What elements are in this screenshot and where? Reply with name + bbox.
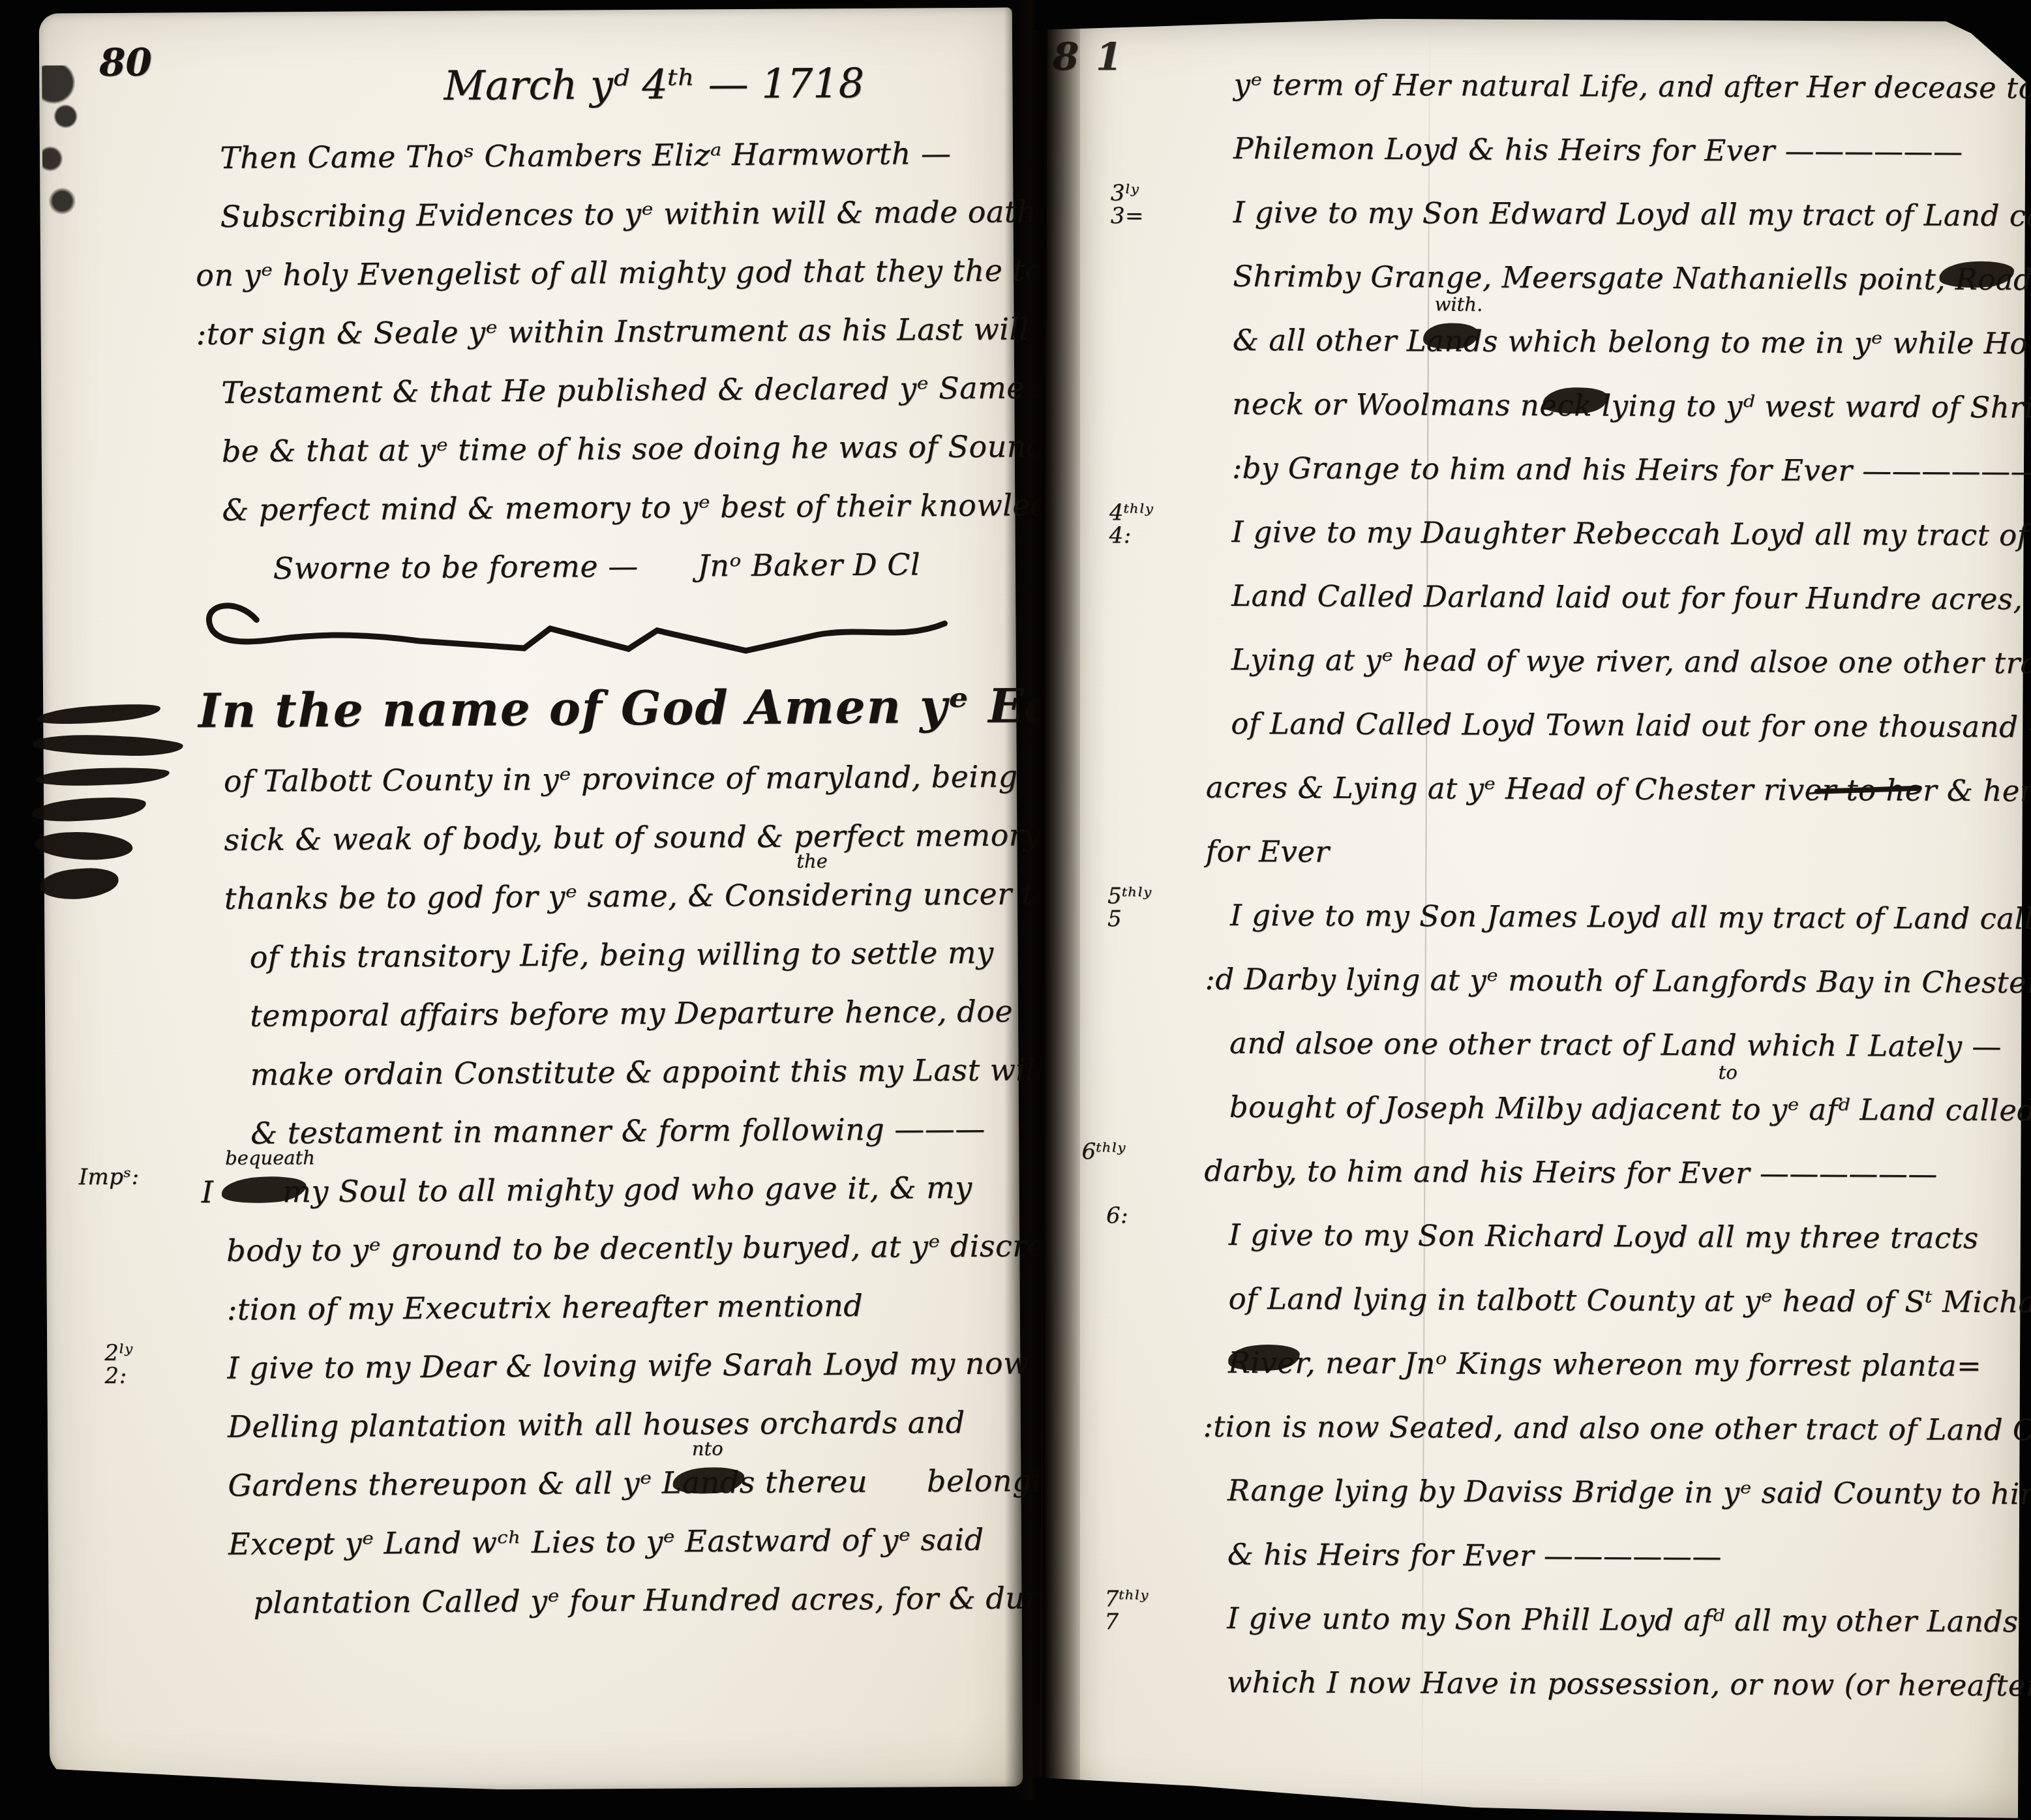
item-number-label: 2ˡʸ 2: bbox=[104, 1341, 215, 1387]
item-number-label bbox=[97, 190, 208, 190]
manuscript-line-text: :tor sign & Seale yᵉ within Instrument a… bbox=[196, 311, 1066, 351]
manuscript-line: 5ᵗʰˡʸ 5 I give to my Son James Loyd all … bbox=[1230, 883, 2006, 950]
manuscript-line-text: :tion is now Seated, and also one other … bbox=[1203, 1409, 2031, 1448]
manuscript-line: & his Heirs for Ever —————— bbox=[1227, 1522, 2004, 1589]
item-number-label: 6ᵗʰˡʸ bbox=[1081, 1141, 1192, 1163]
item-number-label bbox=[1110, 246, 1221, 246]
manuscript-line: make ordain Constitute & appoint this my… bbox=[250, 1041, 999, 1104]
interlinear-insertion: the bbox=[796, 850, 828, 872]
manuscript-line-text: :by Grange to him and his Heirs for Ever… bbox=[1232, 450, 2031, 488]
item-number-label bbox=[101, 813, 212, 814]
manuscript-line: 2ˡʸ 2: I give to my Dear & loving wife S… bbox=[227, 1334, 1001, 1397]
manuscript-line: of this transitory Life, being willing t… bbox=[249, 923, 999, 987]
item-number-label bbox=[104, 1283, 215, 1283]
manuscript-line: & perfect mind & memory to yᵉ best of th… bbox=[222, 476, 996, 539]
manuscript-line: acres & Lying at yᵉ Head of Chester rive… bbox=[1206, 755, 2007, 822]
manuscript-line-text: Land Called Darland laid out for four Hu… bbox=[1231, 578, 2023, 616]
item-number-label bbox=[1109, 565, 1220, 566]
interlinear-insertion: with. bbox=[1434, 293, 1482, 315]
item-number-label bbox=[1106, 1268, 1217, 1269]
manuscript-line: Gardens thereupon & all yᵉ Lands thereu … bbox=[228, 1452, 1002, 1515]
interlinear-insertion: to bbox=[1719, 1061, 1738, 1083]
manuscript-line-text: Then Came Thoˢ Chambers Elizᵃ Harmworth … bbox=[220, 136, 952, 175]
manuscript-line-text: :d Darby lying at yᵉ mouth of Langfords … bbox=[1205, 961, 2031, 1000]
item-number-label bbox=[1083, 949, 1194, 949]
manuscript-line: Subscribing Evidences to yᵉ within will … bbox=[220, 183, 994, 246]
manuscript-line: :tor sign & Seale yᵉ within Instrument a… bbox=[196, 300, 995, 363]
manuscript-line: of Talbott County in yᵉ province of mary… bbox=[224, 747, 998, 811]
manuscript-line: neck or Woolmans neck lying to yᵈ west w… bbox=[1232, 372, 2008, 439]
manuscript-line-text: Gardens thereupon & all yᵉ Lands thereu … bbox=[228, 1463, 1091, 1503]
manuscript-line-text: Sworne to be foreme — Jnᵒ Baker D Cl bbox=[273, 546, 920, 586]
item-number-label bbox=[1083, 757, 1194, 758]
manuscript-line-text: bought of Joseph Milby adjacent to yᵉ af… bbox=[1229, 1089, 2031, 1127]
manuscript-line-text: of Land lying in talbott County at yᵉ he… bbox=[1228, 1281, 2031, 1319]
manuscript-line-text: Except yᵉ Land wᶜʰ Lies to yᵉ Eastward o… bbox=[228, 1522, 984, 1562]
manuscript-line: Sworne to be foreme — Jnᵒ Baker D Cl bbox=[198, 535, 997, 598]
item-number-label: 3ˡʸ 3= bbox=[1111, 182, 1222, 228]
item-number-label bbox=[1111, 54, 1222, 55]
manuscript-line-text: of this transitory Life, being willing t… bbox=[249, 935, 993, 975]
manuscript-line-text: I give unto my Son Phill Loyd afᵈ all my… bbox=[1227, 1600, 2018, 1638]
manuscript-line: bought of Joseph Milby adjacent to yᵉ af… bbox=[1229, 1075, 2006, 1142]
item-number-label: Impˢ: bbox=[78, 1165, 189, 1189]
manuscript-line: for Ever bbox=[1205, 819, 2006, 886]
left-page: 80 March yᵈ 4ᵗʰ — 1718 Then Came Thoˢ Ch… bbox=[39, 7, 1023, 1792]
item-number-label: 5ᵗʰˡʸ 5 bbox=[1107, 885, 1218, 931]
left-page-text-block: Then Came Thoˢ Chambers Elizᵃ Harmworth … bbox=[39, 7, 1023, 1792]
item-number-label bbox=[1081, 1396, 1192, 1397]
manuscript-line-text: Shrimby Grange, Meersgate Nathaniells po… bbox=[1233, 258, 2031, 297]
manuscript-line: Delling plantation with all houses orcha… bbox=[228, 1393, 1002, 1456]
manuscript-line-text: Lying at yᵉ head of wye river, and alsoe… bbox=[1231, 642, 2031, 680]
manuscript-line-text: I my Soul to all mighty god who gave it,… bbox=[202, 1170, 972, 1210]
item-number-label bbox=[130, 1576, 241, 1577]
manuscript-line: of Land Called Loyd Town laid out for on… bbox=[1231, 691, 2007, 758]
bequest-block: yᵉ term of Her natural Life, and after H… bbox=[1202, 52, 2010, 1717]
manuscript-line: Land Called Darland laid out for four Hu… bbox=[1231, 563, 2008, 631]
manuscript-line: and alsoe one other tract of Land which … bbox=[1229, 1011, 2006, 1078]
manuscript-line: In the name of God Amen yᵉ Edwᵈ — Loyd bbox=[198, 664, 997, 752]
right-page-text-block: yᵉ term of Her natural Life, and after H… bbox=[1040, 18, 2026, 1820]
manuscript-line: temporal affairs before my Departure hen… bbox=[250, 982, 999, 1045]
item-number-label bbox=[105, 1400, 216, 1401]
manuscript-line: Shrimby Grange, Meersgate Nathaniells po… bbox=[1233, 244, 2009, 311]
item-number-label bbox=[1106, 1332, 1216, 1333]
manuscript-line: which I now Have in possession, or now (… bbox=[1227, 1650, 2003, 1717]
manuscript-line-text: yᵉ term of Her natural Life, and after H… bbox=[1233, 67, 2031, 105]
manuscript-line-text: Subscribing Evidences to yᵉ within will … bbox=[220, 194, 1036, 234]
manuscript-line: 3ˡʸ 3= I give to my Son Edward Loyd all … bbox=[1233, 180, 2009, 247]
manuscript-line-text: make ordain Constitute & appoint this my… bbox=[250, 1052, 1046, 1092]
manuscript-line: :d Darby lying at yᵉ mouth of Langfords … bbox=[1205, 947, 2006, 1014]
manuscript-line: :by Grange to him and his Heirs for Ever… bbox=[1232, 436, 2008, 503]
manuscript-line-text: I give to my Daughter Rebeccah Loyd all … bbox=[1231, 514, 2028, 552]
manuscript-line: Except yᵉ Land wᶜʰ Lies to yᵉ Eastward o… bbox=[228, 1510, 1002, 1574]
item-number-label bbox=[127, 989, 238, 990]
item-number-label bbox=[1107, 1077, 1218, 1077]
item-number-label bbox=[1104, 1652, 1215, 1652]
manuscript-line-text: be & that at yᵉ time of his soe doing he… bbox=[222, 428, 1046, 469]
manuscript-line: 7ᵗʰˡʸ 7 I give unto my Son Phill Loyd af… bbox=[1227, 1586, 2003, 1653]
manuscript-line: & all other Lands which belong to me in … bbox=[1233, 308, 2009, 375]
attestation-block: Then Came Thoˢ Chambers Elizᵃ Harmworth … bbox=[195, 124, 996, 598]
pen-flourish bbox=[158, 597, 968, 665]
item-number-label bbox=[1110, 310, 1221, 310]
manuscript-line-text: I give to my Son Richard Loyd all my thr… bbox=[1229, 1217, 1979, 1255]
manuscript-line: Impˢ: I my Soul to all mighty god who ga… bbox=[201, 1158, 1000, 1221]
manuscript-line-text: on yᵉ holy Evengelist of all mighty god … bbox=[196, 252, 1089, 293]
manuscript-line-text: thanks be to god for yᵉ same, & Consider… bbox=[224, 876, 1104, 916]
item-number-label bbox=[99, 425, 210, 425]
manuscript-line: Range lying by Daviss Bridge in yᵉ said … bbox=[1227, 1458, 2004, 1525]
item-number-label bbox=[102, 872, 213, 873]
item-number-label: 7ᵗʰˡʸ 7 bbox=[1104, 1588, 1215, 1634]
manuscript-line-text: darby, to him and his Heirs for Ever ———… bbox=[1204, 1153, 1938, 1191]
right-page: 81 yᵉ term of Her natural Life, and afte… bbox=[1040, 18, 2026, 1820]
manuscript-line: 6ᵗʰˡʸ darby, to him and his Heirs for Ev… bbox=[1204, 1139, 2005, 1206]
item-number-label bbox=[1110, 374, 1221, 374]
manuscript-line-text: Testament & that He published & declared… bbox=[221, 369, 1127, 410]
item-number-label: 4ᵗʰˡʸ 4: bbox=[1109, 501, 1220, 547]
manuscript-line-text: which I now Have in possession, or now (… bbox=[1227, 1664, 2031, 1703]
item-number-label bbox=[127, 931, 237, 931]
manuscript-scan: 80 March yᵈ 4ᵗʰ — 1718 Then Came Thoˢ Ch… bbox=[0, 0, 2031, 1820]
book-gutter bbox=[1004, 0, 1080, 1820]
manuscript-line: 6: I give to my Son Richard Loyd all my … bbox=[1229, 1202, 2005, 1270]
item-number-label bbox=[127, 1048, 238, 1049]
manuscript-line-text: I give to my Son Edward Loyd all my trac… bbox=[1233, 194, 2031, 233]
manuscript-line: & testament in manner & form following —… bbox=[250, 1099, 1000, 1163]
manuscript-line-text: sick & weak of body, but of sound & perf… bbox=[224, 817, 1047, 858]
manuscript-line: River, near Jnᵒ Kings whereon my forrest… bbox=[1228, 1330, 2004, 1397]
interlinear-insertion: bequeath bbox=[225, 1146, 315, 1169]
manuscript-line: :tion is now Seated, and also one other … bbox=[1203, 1394, 2004, 1461]
manuscript-line-text: I give to my Son James Loyd all my tract… bbox=[1230, 897, 2031, 935]
item-number-label bbox=[98, 366, 209, 366]
item-number-label: 6: bbox=[1106, 1204, 1217, 1227]
item-number-label bbox=[1109, 693, 1220, 694]
item-number-label bbox=[106, 1517, 217, 1518]
manuscript-line-text: and alsoe one other tract of Land which … bbox=[1229, 1025, 2002, 1063]
manuscript-line-text: River, near Jnᵒ Kings whereon my forrest… bbox=[1228, 1345, 1981, 1382]
manuscript-line-text: neck or Woolmans neck lying to yᵈ west w… bbox=[1232, 386, 2031, 425]
manuscript-line-text: Range lying by Daviss Bridge in yᵉ said … bbox=[1227, 1472, 2031, 1510]
item-number-label bbox=[1109, 438, 1220, 438]
manuscript-line-text: Philemon Loyd & his Heirs for Ever —————… bbox=[1233, 130, 1963, 168]
manuscript-line-text: & testament in manner & form following —… bbox=[250, 1111, 985, 1151]
manuscript-line-text: temporal affairs before my Departure hen… bbox=[250, 993, 1013, 1033]
manuscript-line-text: I give to my Dear & loving wife Sarah Lo… bbox=[227, 1345, 1029, 1386]
manuscript-line-text: Delling plantation with all houses orcha… bbox=[228, 1405, 965, 1444]
manuscript-line: 4ᵗʰˡʸ 4: I give to my Daughter Rebeccah … bbox=[1231, 500, 2008, 567]
manuscript-line: be & that at yᵉ time of his soe doing he… bbox=[222, 417, 996, 481]
manuscript-line-text: for Ever bbox=[1205, 833, 1329, 869]
manuscript-line: yᵉ term of Her natural Life, and after H… bbox=[1233, 52, 2009, 119]
item-number-label bbox=[1083, 821, 1194, 822]
manuscript-line-text: plantation Called yᵉ four Hundred acres,… bbox=[253, 1580, 1089, 1620]
item-number-label bbox=[75, 542, 186, 543]
item-number-label bbox=[128, 1107, 239, 1107]
manuscript-line: Lying at yᵉ head of wye river, and alsoe… bbox=[1231, 627, 2008, 694]
manuscript-line-text: & all other Lands which belong to me in … bbox=[1233, 322, 2031, 361]
manuscript-line: plantation Called yᵉ four Hundred acres,… bbox=[253, 1569, 1002, 1632]
item-number-label bbox=[1109, 629, 1220, 630]
manuscript-line-text: & his Heirs for Ever —————— bbox=[1227, 1536, 1722, 1573]
item-number-label bbox=[76, 671, 187, 672]
item-number-label bbox=[73, 307, 184, 308]
item-number-label bbox=[1107, 1013, 1218, 1013]
will-block: In the name of God Amen yᵉ Edwᵈ — Loyd o… bbox=[198, 664, 1002, 1632]
manuscript-line: Then Came Thoˢ Chambers Elizᵃ Harmworth … bbox=[220, 124, 994, 187]
manuscript-line: thanks be to god for yᵉ same, & Consider… bbox=[224, 865, 999, 928]
item-number-label bbox=[105, 1459, 216, 1459]
item-number-label bbox=[97, 131, 208, 132]
item-number-label bbox=[99, 483, 210, 484]
item-number-label bbox=[1111, 118, 1222, 119]
manuscript-line: :tion of my Executrix hereafter mentiond bbox=[227, 1275, 1001, 1339]
item-number-label bbox=[1105, 1524, 1216, 1525]
manuscript-line-text: body to yᵉ ground to be decently buryed,… bbox=[226, 1228, 1046, 1268]
manuscript-line: Testament & that He published & declared… bbox=[221, 359, 995, 422]
manuscript-line: sick & weak of body, but of sound & perf… bbox=[224, 806, 998, 869]
interlinear-insertion: nto bbox=[692, 1437, 723, 1459]
item-number-label bbox=[104, 1224, 215, 1225]
manuscript-line: on yᵉ holy Evengelist of all mighty god … bbox=[196, 241, 995, 305]
manuscript-line-text: :tion of my Executrix hereafter mentiond bbox=[227, 1288, 864, 1327]
manuscript-line: of Land lying in talbott County at yᵉ he… bbox=[1228, 1266, 2004, 1334]
manuscript-line: body to yᵉ ground to be decently buryed,… bbox=[226, 1217, 1000, 1280]
item-number-label bbox=[101, 754, 212, 755]
manuscript-line-text: & perfect mind & memory to yᵉ best of th… bbox=[222, 487, 1088, 528]
manuscript-line-text: of Land Called Loyd Town laid out for on… bbox=[1231, 706, 2031, 744]
manuscript-line: Philemon Loyd & his Heirs for Ever —————… bbox=[1233, 116, 2009, 183]
manuscript-line-text: of Talbott County in yᵉ province of mary… bbox=[224, 758, 1018, 798]
item-number-label bbox=[73, 248, 184, 249]
item-number-label bbox=[1105, 1460, 1216, 1461]
